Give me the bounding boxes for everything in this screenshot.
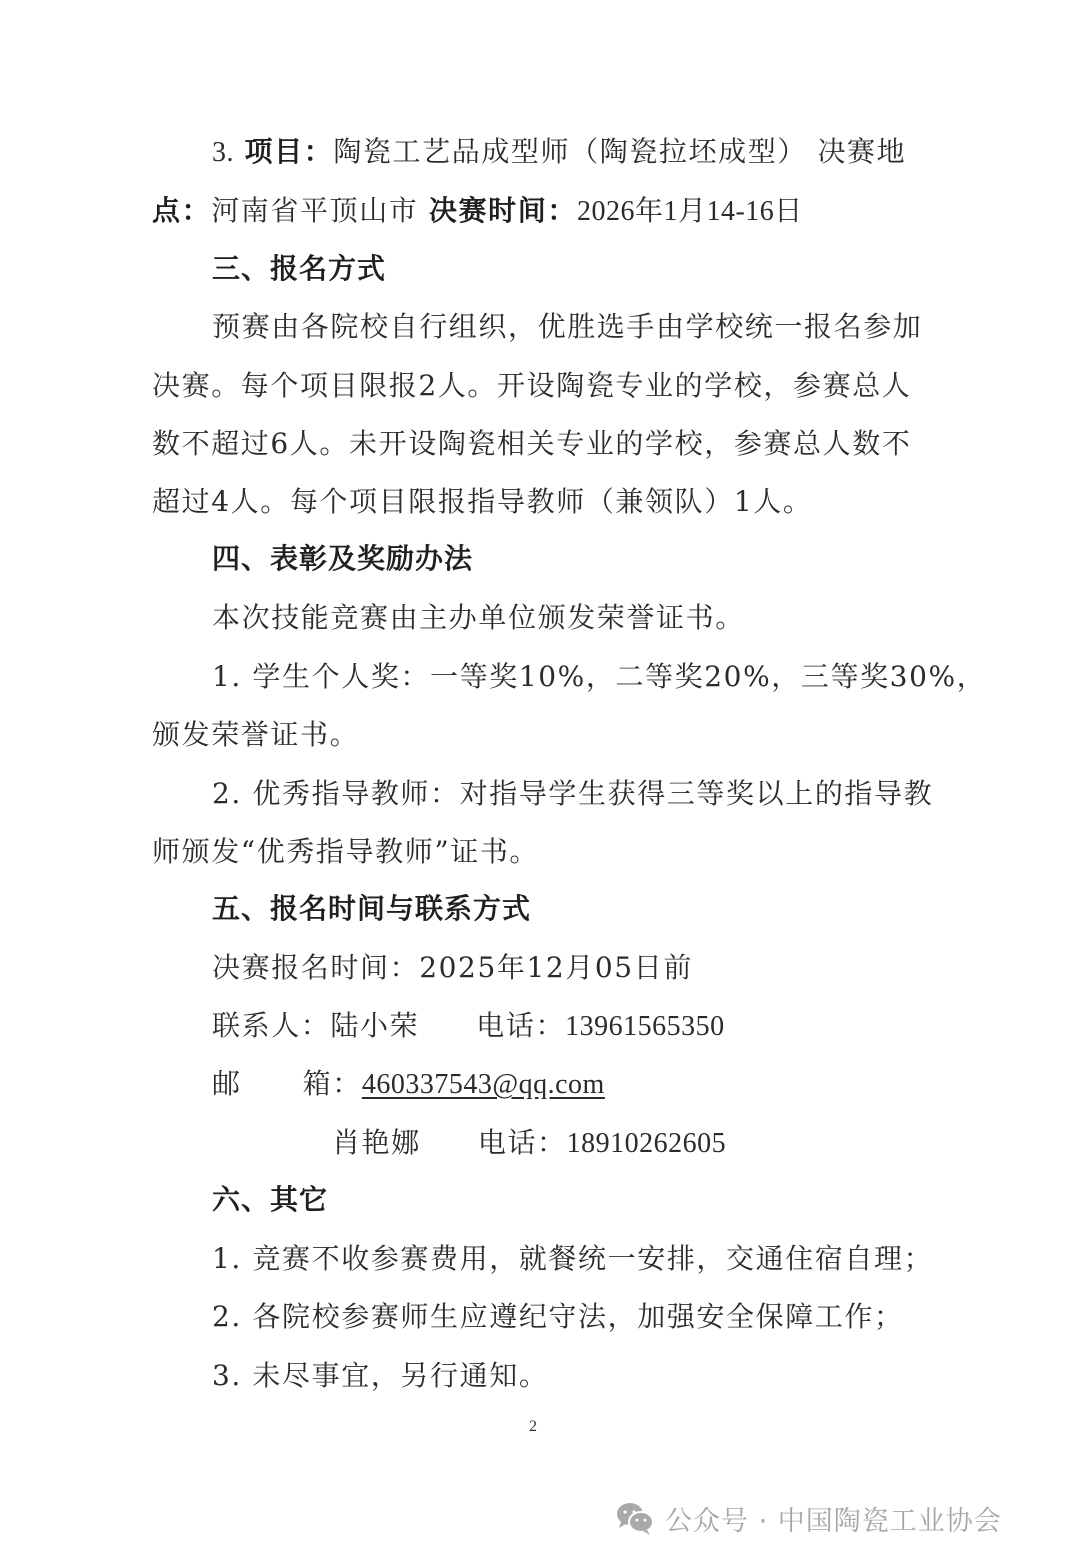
watermark: 公众号 · 中国陶瓷工业协会 — [615, 1496, 1002, 1540]
section4-heading: 四、表彰及奖励办法 — [212, 539, 473, 579]
email-row: 邮 箱：460337543@qq.com — [212, 1064, 605, 1105]
contact2-phone: 18910262605 — [567, 1128, 727, 1159]
item3-project-value: 陶瓷工艺品成型师（陶瓷拉坯成型） — [333, 135, 807, 168]
page-number: 2 — [529, 1418, 537, 1436]
item3-prefix: 3. — [212, 137, 234, 168]
wechat-icon — [615, 1501, 655, 1535]
section3-line: 预赛由各院校自行组织，优胜选手由学校统一报名参加 — [212, 307, 922, 347]
section6-item: 3. 未尽事宜，另行通知。 — [212, 1356, 548, 1396]
phone-label: 电话： — [476, 1009, 565, 1042]
item3-project-label: 项目： — [245, 135, 334, 168]
section4-item1-line2: 颁发荣誉证书。 — [152, 715, 359, 755]
contact1-row: 联系人：陆小荣 电话：13961565350 — [212, 1006, 725, 1047]
email-link[interactable]: 460337543@qq.com — [362, 1069, 605, 1100]
contact-label: 联系人： — [212, 1009, 330, 1042]
section4-item2-line1: 2. 优秀指导教师：对指导学生获得三等奖以上的指导教 — [212, 774, 933, 814]
section4-item2-line2: 师颁发“优秀指导教师”证书。 — [152, 832, 539, 872]
phone-label: 电话： — [478, 1126, 567, 1159]
section6-item: 2. 各院校参赛师生应遵纪守法，加强安全保障工作； — [212, 1297, 904, 1337]
item3-venue-label-cont: 点： — [152, 194, 211, 227]
section6-item: 1. 竞赛不收参赛费用，就餐统一安排，交通住宿自理； — [212, 1239, 933, 1279]
item3-venue-label: 决赛地 — [817, 135, 906, 168]
contact2-name: 肖艳娜 — [332, 1126, 421, 1159]
contact1-name: 陆小荣 — [330, 1009, 419, 1042]
section3-line: 超过4人。每个项目限报指导教师（兼领队）1人。 — [152, 482, 812, 522]
registration-deadline: 决赛报名时间：2025年12月05日前 — [212, 948, 693, 988]
section5-heading: 五、报名时间与联系方式 — [212, 889, 531, 929]
item3-time-value: 2026年1月14-16日 — [577, 196, 803, 227]
item3-venue-value: 河南省平顶山市 — [211, 194, 418, 227]
item3-time-label: 决赛时间： — [429, 194, 577, 227]
section4-intro: 本次技能竞赛由主办单位颁发荣誉证书。 — [212, 598, 745, 638]
section3-line: 数不超过6人。未开设陶瓷相关专业的学校，参赛总人数不 — [152, 424, 911, 464]
section3-line: 决赛。每个项目限报2人。开设陶瓷专业的学校，参赛总人 — [152, 366, 911, 406]
email-label-1: 邮 — [212, 1067, 242, 1100]
email-label-2: 箱： — [303, 1067, 362, 1100]
item3-line1: 3. 项目：陶瓷工艺品成型师（陶瓷拉坯成型） 决赛地 — [212, 132, 906, 173]
section6-heading: 六、其它 — [212, 1180, 328, 1220]
contact2-row: 肖艳娜 电话：18910262605 — [332, 1123, 726, 1164]
watermark-text: 公众号 · 中国陶瓷工业协会 — [665, 1499, 1002, 1538]
document-page: 3. 项目：陶瓷工艺品成型师（陶瓷拉坯成型） 决赛地 点：河南省平顶山市 决赛时… — [0, 0, 1080, 1552]
section3-heading: 三、报名方式 — [212, 249, 386, 289]
item3-line2: 点：河南省平顶山市 决赛时间：2026年1月14-16日 — [152, 191, 803, 232]
contact1-phone: 13961565350 — [565, 1011, 725, 1042]
section4-item1-line1: 1. 学生个人奖：一等奖10%，二等奖20%，三等奖30%， — [212, 657, 986, 697]
